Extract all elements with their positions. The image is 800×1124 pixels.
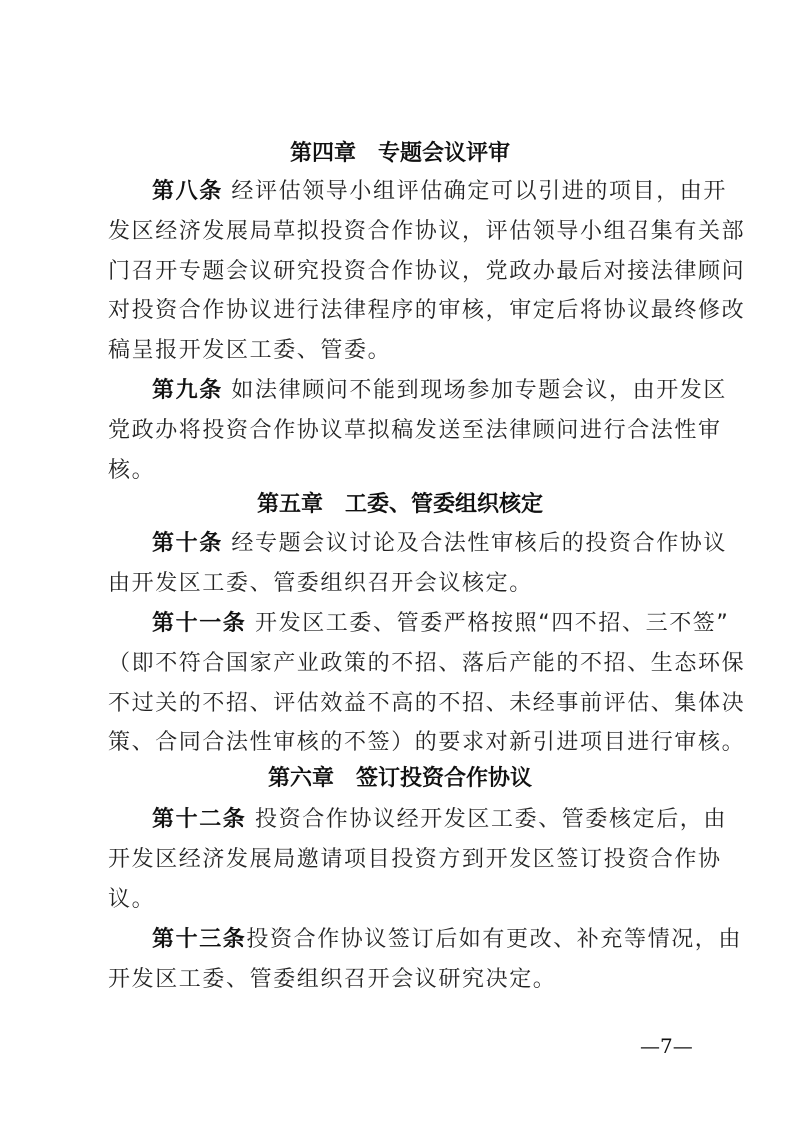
article-12-line-2: 开发区经济发展局邀请项目投资方到开发区签订投资合作协 bbox=[108, 846, 708, 874]
article-11-line-4: 策、合同合法性审核的不签）的要求对新引进项目进行审核。 bbox=[108, 729, 708, 757]
article-label: 第十条 bbox=[152, 531, 223, 556]
article-label: 第八条 bbox=[152, 179, 223, 204]
article-label: 第十一条 bbox=[152, 611, 246, 636]
article-label: 第十二条 bbox=[152, 807, 246, 832]
article-11-line-3: 不过关的不招、评估效益不高的不招、未经事前评估、集体决 bbox=[108, 690, 708, 718]
article-8-line-1: 第八条 经评估领导小组评估确定可以引进的项目，由开 bbox=[152, 178, 708, 206]
article-9-line-3: 核。 bbox=[108, 457, 708, 485]
article-10-line-1: 第十条 经专题会议讨论及合法性审核后的投资合作协议 bbox=[152, 530, 708, 558]
chapter-heading-5: 第五章 工委、管委组织核定 bbox=[0, 491, 800, 519]
article-8-line-3: 门召开专题会议研究投资合作协议，党政办最后对接法律顾问 bbox=[108, 258, 708, 286]
article-label: 第九条 bbox=[152, 378, 223, 403]
article-12-line-1: 第十二条 投资合作协议经开发区工委、管委核定后，由 bbox=[152, 806, 708, 834]
article-10-line-2: 由开发区工委、管委组织召开会议核定。 bbox=[108, 570, 708, 598]
article-label: 第十三条 bbox=[152, 927, 246, 952]
article-11-line-1: 第十一条 开发区工委、管委严格按照“四不招、三不签” bbox=[152, 610, 708, 638]
article-12-line-3: 议。 bbox=[108, 886, 708, 914]
article-13-line-1: 第十三条投资合作协议签订后如有更改、补充等情况，由 bbox=[152, 926, 708, 954]
article-8-line-2: 发区经济发展局草拟投资合作协议，评估领导小组召集有关部 bbox=[108, 218, 708, 246]
article-9-line-2: 党政办将投资合作协议草拟稿发送至法律顾问进行合法性审 bbox=[108, 417, 708, 445]
document-page: 第四章 专题会议评审 第八条 经评估领导小组评估确定可以引进的项目，由开 发区经… bbox=[0, 0, 800, 1124]
page-number: —7— bbox=[640, 1034, 693, 1058]
article-11-line-2: （即不符合国家产业政策的不招、落后产能的不招、生态环保 bbox=[108, 650, 708, 678]
chapter-heading-4: 第四章 专题会议评审 bbox=[0, 140, 800, 168]
article-8-line-4: 对投资合作协议进行法律程序的审核，审定后将协议最终修改 bbox=[108, 297, 708, 325]
article-13-line-2: 开发区工委、管委组织召开会议研究决定。 bbox=[108, 966, 708, 994]
chapter-heading-6: 第六章 签订投资合作协议 bbox=[0, 765, 800, 793]
article-9-line-1: 第九条 如法律顾问不能到现场参加专题会议，由开发区 bbox=[152, 377, 708, 405]
article-8-line-5: 稿呈报开发区工委、管委。 bbox=[108, 337, 708, 365]
